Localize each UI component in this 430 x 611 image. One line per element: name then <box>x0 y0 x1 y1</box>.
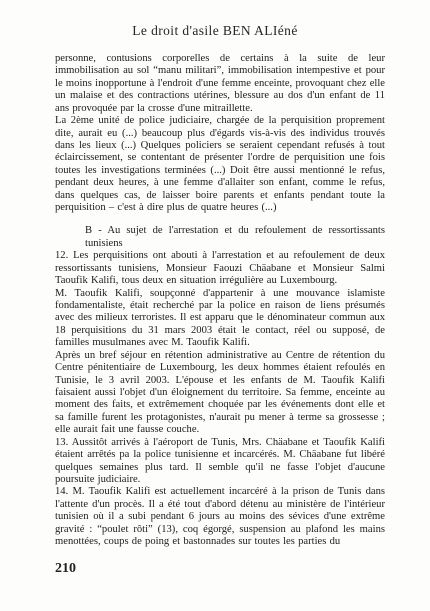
document-body: personne, contusions corporelles de cert… <box>55 53 385 548</box>
paragraph-13: 13. Aussitôt arrivés à l'aéroport de Tun… <box>55 437 385 487</box>
paragraph-12: 12. Les perquisitions ont abouti à l'arr… <box>55 250 385 287</box>
paragraph-taoufik-kalifi: M. Taoufik Kalifi, soupçonné d'apparteni… <box>55 288 385 350</box>
page-header-title: Le droit d'asile BEN ALIéné <box>0 23 430 39</box>
page-number: 210 <box>55 561 76 577</box>
paragraph-continuation: personne, contusions corporelles de cert… <box>55 53 385 115</box>
paragraph-police-unit: La 2ème unité de police judiciaire, char… <box>55 115 385 214</box>
paragraph-14: 14. M. Taoufik Kalifi est actuellement i… <box>55 486 385 548</box>
document-page: Le droit d'asile BEN ALIéné personne, co… <box>0 0 430 611</box>
paragraph-retention: Après un bref séjour en rétention admini… <box>55 350 385 437</box>
section-heading: B - Au sujet de l'arrestation et du refo… <box>85 225 385 250</box>
